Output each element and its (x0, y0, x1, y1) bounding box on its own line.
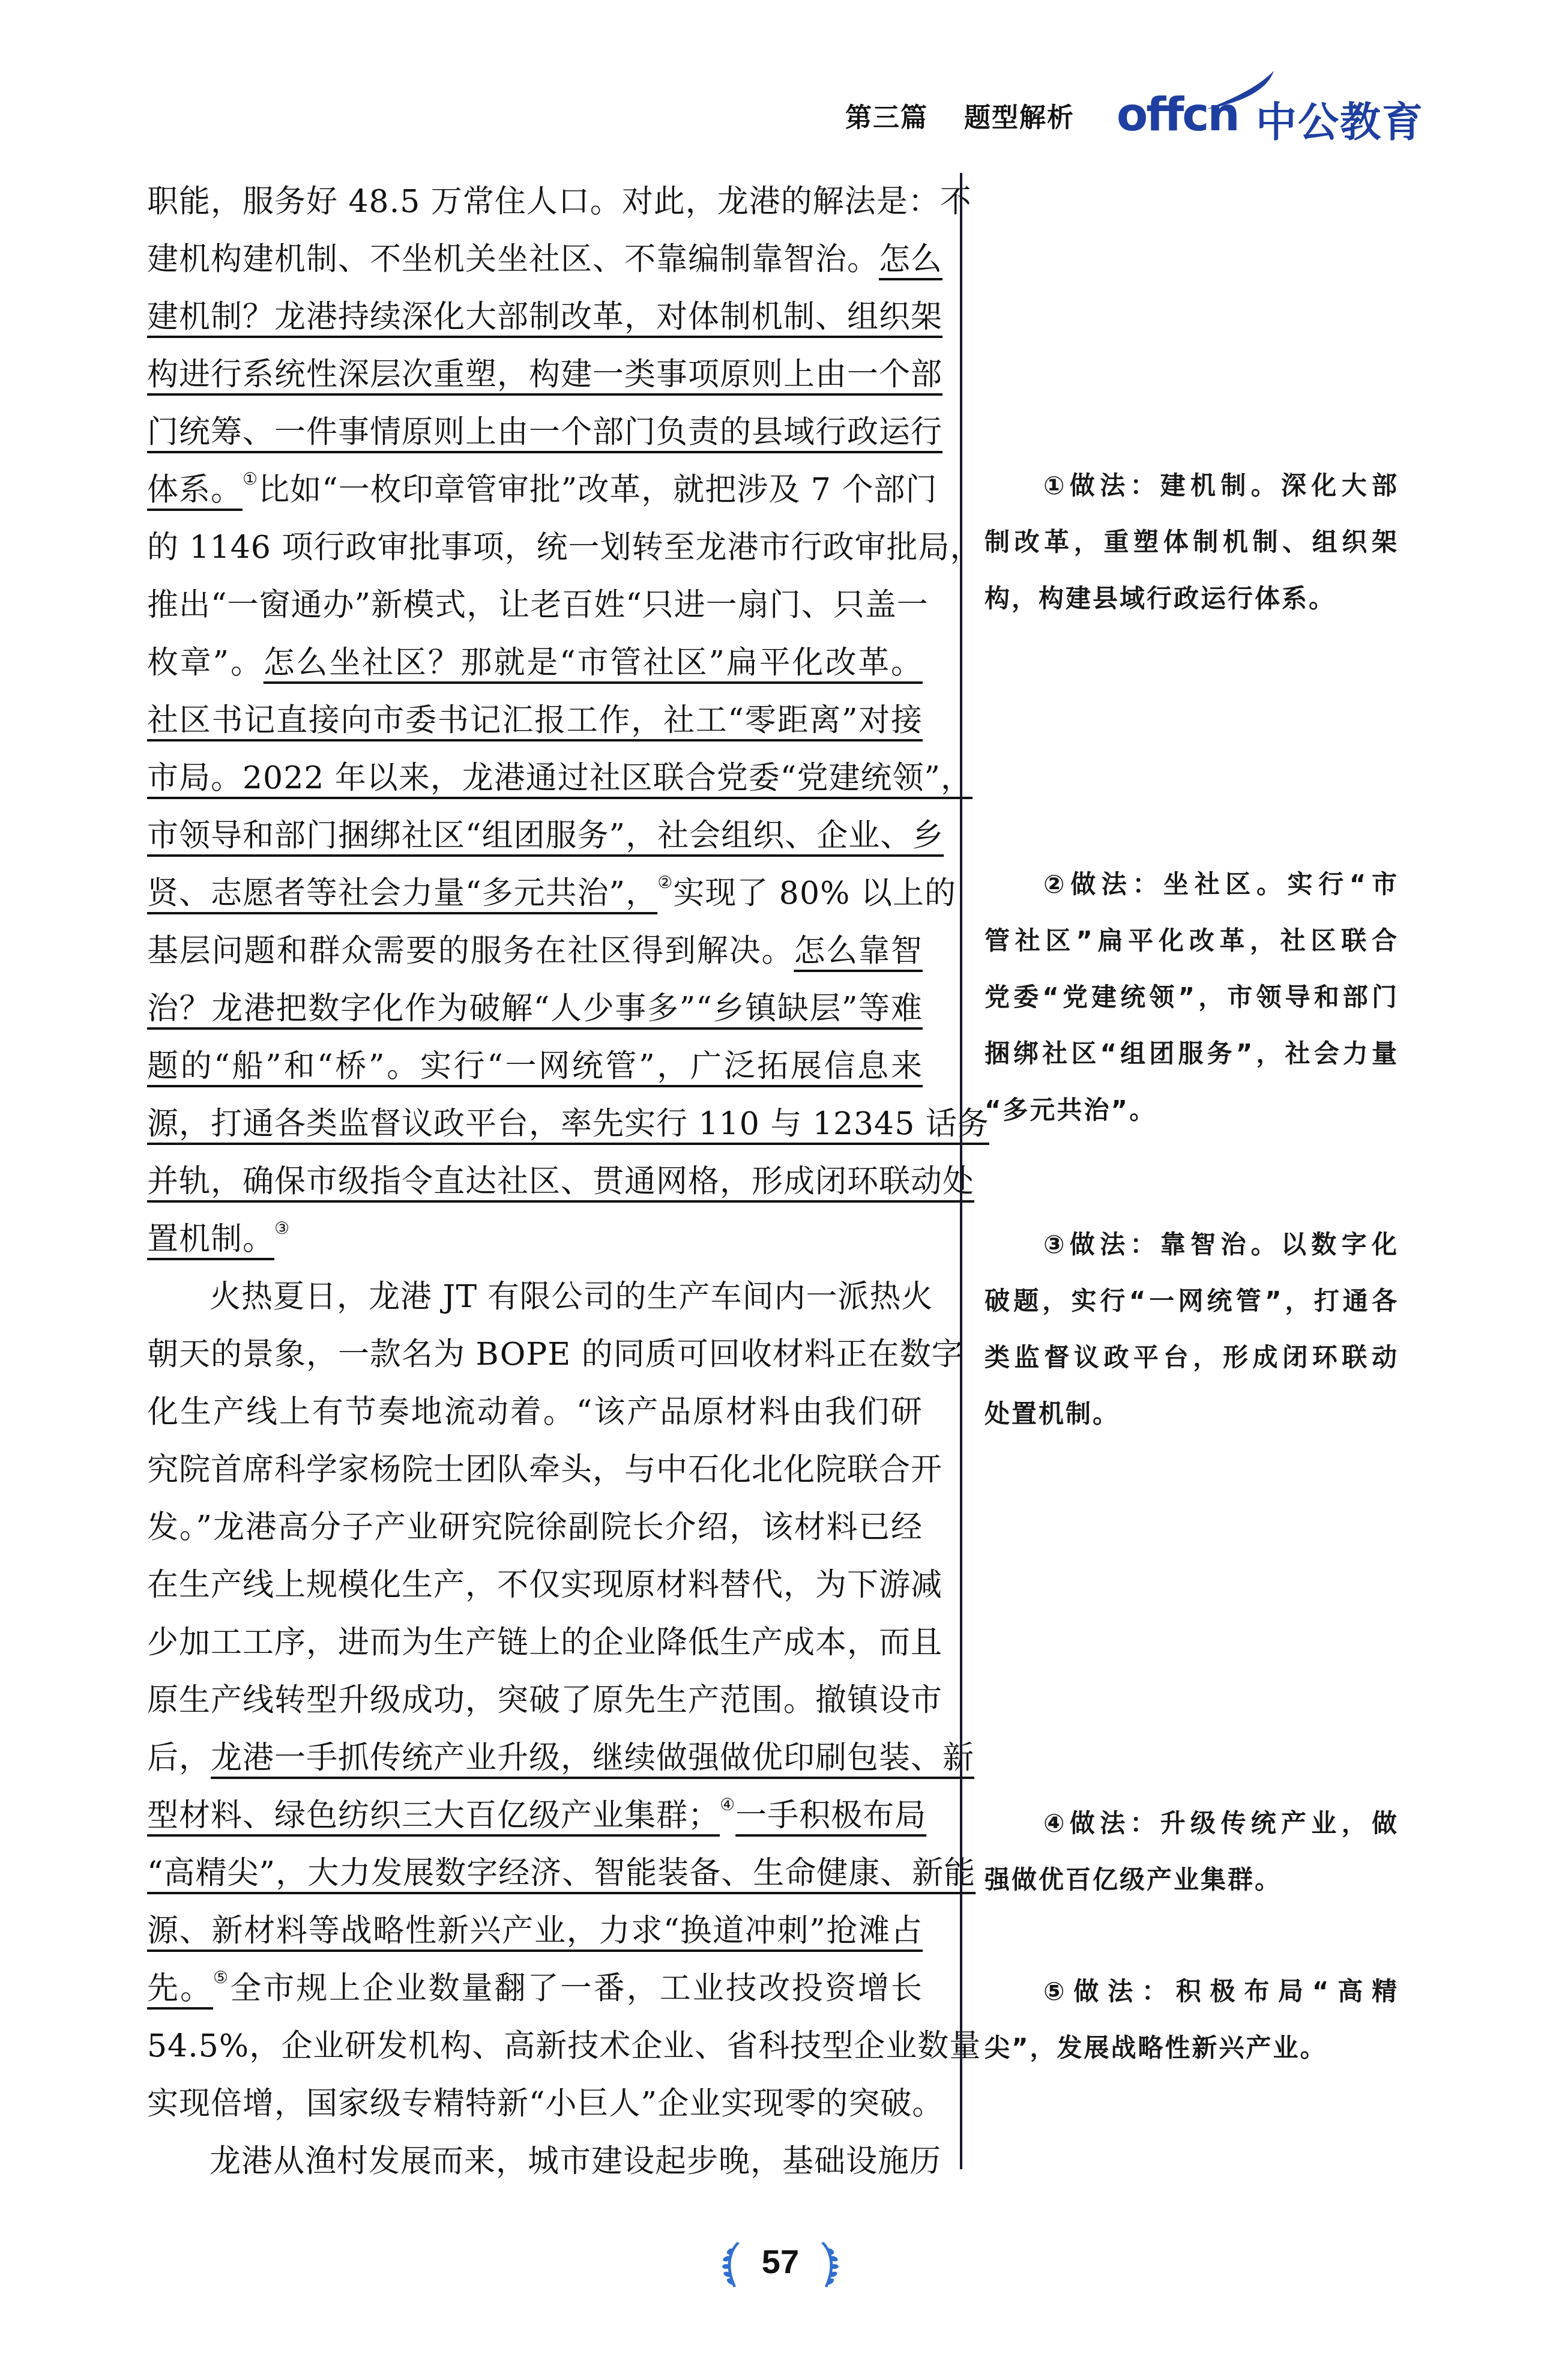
note-line: ④做法：升级传统产业，做 (985, 1795, 1399, 1852)
underlined-text: 源，打通各类监督议政平台，率先实行 110 与 12345 话务 (147, 1106, 989, 1142)
body-text: 究院首席科学家杨院士团队牵头，与中石化北化院联合开 (147, 1452, 942, 1488)
body-line: 建机制？龙港持续深化大部制改革，对体制机制、组织架 (147, 288, 923, 346)
underlined-text: 治？龙港把数字化作为破解“人少事多”“乡镇缺层”等难 (147, 991, 923, 1027)
body-text: 实现了 80% 以上的 (673, 875, 956, 911)
body-text: 实现倍增，国家级专精特新“小巨人”企业实现零的突破。 (147, 2086, 944, 2122)
body-line: 门统筹、一件事情原则上由一个部门负责的县域行政运行 (147, 403, 923, 461)
underlined-text: 建机制？龙港持续深化大部制改革，对体制机制、组织架 (147, 299, 942, 335)
body-line: 枚章”。怎么坐社区？那就是“市管社区”扁平化改革。 (147, 634, 923, 692)
body-line: 并轨，确保市级指令直达社区、贯通网格，形成闭环联动处 (147, 1153, 923, 1210)
underlined-text: 龙港一手抓传统产业升级，继续做强做优印刷包装、新 (211, 1740, 974, 1776)
note-line: 管社区”扁平化改革，社区联合 (985, 913, 1399, 969)
note-line: 尖”，发展战略性新兴产业。 (985, 2020, 1399, 2076)
body-line: 龙港从渔村发展而来，城市建设起步晚，基础设施历 (147, 2133, 923, 2190)
body-text: 在生产线上规模化生产，不仅实现原材料替代，为下游减 (147, 1567, 942, 1603)
margin-note-2: ②做法：坐社区。实行“市管社区”扁平化改革，社区联合党委“党建统领”，市领导和部… (985, 856, 1399, 1138)
underlined-text: 型材料、绿色纺织三大百亿级产业集群； (147, 1798, 720, 1834)
underlined-text: 怎么坐社区？那就是“市管社区”扁平化改革。 (264, 645, 923, 681)
logo-chinese-text: 中公教育 (1256, 90, 1424, 148)
body-text: 推出“一窗通办”新模式，让老百姓“只进一扇门、只盖一 (147, 587, 929, 623)
body-line: 贤、志愿者等社会力量“多元共治”，②实现了 80% 以上的 (147, 865, 923, 922)
underlined-text: 体系。 (147, 472, 243, 508)
note-line: ③做法：靠智治。以数字化 (985, 1216, 1399, 1273)
column-divider (960, 173, 962, 2169)
body-line: 体系。①比如“一枚印章管审批”改革，就把涉及 7 个部门 (147, 461, 923, 519)
note-line: “多元共治”。 (985, 1082, 1399, 1138)
underlined-text: 置机制。 (147, 1221, 274, 1257)
body-line: 职能，服务好 48.5 万常住人口。对此，龙港的解法是：不 (147, 173, 923, 231)
note-line: 捆绑社区“组团服务”，社会力量 (985, 1025, 1399, 1082)
footnote-marker: ① (243, 469, 258, 489)
body-text: 化生产线上有节奏地流动着。“该产品原材料由我们研 (147, 1394, 923, 1430)
underlined-text: 社区书记直接向市委书记汇报工作，社工“零距离”对接 (147, 702, 923, 738)
body-text: 枚章”。 (147, 645, 264, 681)
body-line: 54.5%，企业研发机构、高新技术企业、省科技型企业数量 (147, 2017, 923, 2075)
note-line: 党委“党建统领”，市领导和部门 (985, 969, 1399, 1025)
body-line: 市领导和部门捆绑社区“组团服务”，社会组织、企业、乡 (147, 807, 923, 865)
body-line: 型材料、绿色纺织三大百亿级产业集群；④一手积极布局 (147, 1787, 923, 1844)
note-line: ⑤做法：积极布局“高精 (985, 1963, 1399, 2020)
body-line: 社区书记直接向市委书记汇报工作，社工“零距离”对接 (147, 692, 923, 749)
underlined-text: 一手积极布局 (735, 1798, 926, 1834)
body-text: 基层问题和群众需要的服务在社区得到解决。 (147, 933, 794, 969)
underlined-text: 市局。2022 年以来，龙港通过社区联合党委“党建统领”， (147, 760, 973, 796)
margin-note-1: ①做法：建机制。深化大部制改革，重塑体制机制、组织架构，构建县域行政运行体系。 (985, 458, 1399, 627)
body-text: 54.5%，企业研发机构、高新技术企业、省科技型企业数量 (147, 2028, 981, 2064)
underlined-text: 题的“船”和“桥”。实行“一网统管”，广泛拓展信息来 (147, 1048, 923, 1084)
body-text: 比如“一枚印章管审批”改革，就把涉及 7 个部门 (258, 472, 937, 508)
underlined-text: 先。 (147, 1971, 213, 2007)
underlined-text: 怎么靠智 (794, 933, 923, 969)
footnote-marker: ③ (274, 1218, 290, 1238)
body-text: 朝天的景象，一款名为 BOPE 的同质可回收材料正在数字 (147, 1336, 963, 1373)
body-line: 推出“一窗通办”新模式，让老百姓“只进一扇门、只盖一 (147, 576, 923, 634)
body-text: 的 1146 项行政审批事项，统一划转至龙港市行政审批局， (147, 530, 982, 566)
underlined-text: 贤、志愿者等社会力量“多元共治”， (147, 875, 657, 911)
body-text: 发。”龙港高分子产业研究院徐副院长介绍，该材料已经 (147, 1509, 923, 1545)
note-line: 破题，实行“一网统管”，打通各 (985, 1273, 1399, 1329)
body-line: 实现倍增，国家级专精特新“小巨人”企业实现零的突破。 (147, 2075, 923, 2133)
margin-note-4: ④做法：升级传统产业，做强做优百亿级产业集群。 (985, 1795, 1399, 1908)
underlined-text: 源、新材料等战略性新兴产业，力求“换道冲刺”抢滩占 (147, 1913, 923, 1949)
body-line: “高精尖”，大力发展数字经济、智能装备、生命健康、新能 (147, 1844, 923, 1902)
laurel-right-icon (815, 2240, 842, 2290)
main-text-column: 职能，服务好 48.5 万常住人口。对此，龙港的解法是：不建机构建机制、不坐机关… (147, 173, 923, 2190)
body-line: 朝天的景象，一款名为 BOPE 的同质可回收材料正在数字 (147, 1326, 923, 1383)
underlined-text: 门统筹、一件事情原则上由一个部门负责的县域行政运行 (147, 414, 942, 450)
note-line: 制改革，重塑体制机制、组织架 (985, 514, 1399, 570)
underlined-text: 怎么 (879, 241, 942, 277)
body-text: 火热夏日，龙港 JT 有限公司的生产车间内一派热火 (210, 1279, 933, 1315)
body-line: 火热夏日，龙港 JT 有限公司的生产车间内一派热火 (147, 1268, 923, 1326)
underlined-text: 构进行系统性深层次重塑，构建一类事项原则上由一个部 (147, 357, 942, 393)
body-line: 原生产线转型升级成功，突破了原先生产范围。撤镇设市 (147, 1672, 923, 1729)
body-text: 龙港从渔村发展而来，城市建设起步晚，基础设施历 (210, 2143, 941, 2179)
body-text: 少加工工序，进而为生产链上的企业降低生产成本，而且 (147, 1625, 942, 1661)
note-line: 类监督议政平台，形成闭环联动 (985, 1329, 1399, 1386)
body-line: 少加工工序，进而为生产链上的企业降低生产成本，而且 (147, 1614, 923, 1672)
page-number-block: 57 (714, 2234, 846, 2294)
footnote-marker: ④ (720, 1795, 735, 1814)
margin-note-3: ③做法：靠智治。以数字化破题，实行“一网统管”，打通各类监督议政平台，形成闭环联… (985, 1216, 1399, 1442)
body-text: 后， (147, 1740, 211, 1776)
footnote-marker: ⑤ (213, 1968, 230, 1987)
body-text: 职能，服务好 48.5 万常住人口。对此，龙港的解法是：不 (147, 184, 972, 220)
body-line: 先。⑤全市规上企业数量翻了一番，工业技改投资增长 (147, 1960, 923, 2017)
body-line: 市局。2022 年以来，龙港通过社区联合党委“党建统领”， (147, 749, 923, 807)
margin-note-5: ⑤做法：积极布局“高精尖”，发展战略性新兴产业。 (985, 1963, 1399, 2076)
body-line: 化生产线上有节奏地流动着。“该产品原材料由我们研 (147, 1383, 923, 1441)
body-line: 发。”龙港高分子产业研究院徐副院长介绍，该材料已经 (147, 1499, 923, 1556)
body-line: 究院首席科学家杨院士团队牵头，与中石化北化院联合开 (147, 1441, 923, 1499)
note-line: 强做优百亿级产业集群。 (985, 1852, 1399, 1908)
body-line: 基层问题和群众需要的服务在社区得到解决。怎么靠智 (147, 922, 923, 980)
footnote-marker: ② (657, 872, 673, 892)
note-line: ②做法：坐社区。实行“市 (985, 856, 1399, 913)
note-line: 构，构建县域行政运行体系。 (985, 570, 1399, 627)
body-line: 构进行系统性深层次重塑，构建一类事项原则上由一个部 (147, 346, 923, 403)
logo-latin-text: offcn (1117, 88, 1238, 141)
body-line: 后，龙港一手抓传统产业升级，继续做强做优印刷包装、新 (147, 1729, 923, 1787)
note-line: ①做法：建机制。深化大部 (985, 458, 1399, 514)
body-line: 源、新材料等战略性新兴产业，力求“换道冲刺”抢滩占 (147, 1902, 923, 1960)
body-line: 置机制。③ (147, 1210, 923, 1268)
body-line: 的 1146 项行政审批事项，统一划转至龙港市行政审批局， (147, 519, 923, 576)
body-text: 原生产线转型升级成功，突破了原先生产范围。撤镇设市 (147, 1682, 942, 1718)
body-line: 在生产线上规模化生产，不仅实现原材料替代，为下游减 (147, 1556, 923, 1614)
underlined-text: “高精尖”，大力发展数字经济、智能装备、生命健康、新能 (147, 1855, 976, 1891)
body-text: 全市规上企业数量翻了一番，工业技改投资增长 (230, 1971, 923, 2007)
part-label: 第三篇 (845, 96, 928, 134)
underlined-text: 并轨，确保市级指令直达社区、贯通网格，形成闭环联动处 (147, 1164, 974, 1200)
running-header: 第三篇题型解析 (845, 96, 1075, 134)
body-text: 建机构建机制、不坐机关坐社区、不靠编制靠智治。 (147, 241, 879, 277)
note-line: 处置机制。 (985, 1386, 1399, 1442)
offcn-logo: offcn 中公教育 (1117, 72, 1429, 144)
section-label: 题型解析 (964, 96, 1075, 134)
underlined-text: 市领导和部门捆绑社区“组团服务”，社会组织、企业、乡 (147, 818, 944, 854)
body-line: 建机构建机制、不坐机关坐社区、不靠编制靠智治。怎么 (147, 231, 923, 288)
body-line: 源，打通各类监督议政平台，率先实行 110 与 12345 话务 (147, 1095, 923, 1153)
body-line: 治？龙港把数字化作为破解“人少事多”“乡镇缺层”等难 (147, 980, 923, 1037)
body-line: 题的“船”和“桥”。实行“一网统管”，广泛拓展信息来 (147, 1037, 923, 1095)
